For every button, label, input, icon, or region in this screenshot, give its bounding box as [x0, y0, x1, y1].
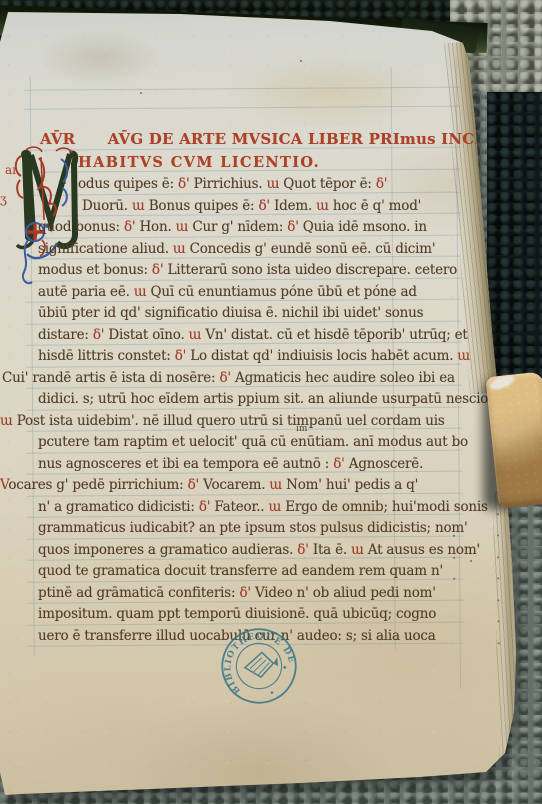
pricking-hole: [496, 362, 498, 364]
manuscript-line-15: pcutere tam raptim et uelocit' quā cū en…: [38, 434, 468, 450]
parchment-page: AV̄R AV̄G DE ARTE MVSICA LIBER PRImus IN…: [0, 0, 542, 804]
manuscript-line-3: odus quipes ē: δ' Pirrichius. ɯ Quot tēp…: [78, 176, 387, 192]
margin-mark-1: aı: [5, 163, 16, 177]
manuscript-line-22: ptinē ad grāmaticā confiteris: δ' Video …: [38, 585, 436, 601]
manuscript-line-23: impositum. quam ppt temporū diuisionē. q…: [38, 606, 436, 622]
manuscript-line-18: n' a gramatico didicisti: δ' Fateor.. ɯ …: [38, 499, 488, 515]
manuscript-line-14: ɯ Post ista uidebim'. nē illud quero utr…: [0, 413, 445, 429]
manuscript-line-20: quos imponeres a gramatico audieras. δ' …: [38, 542, 480, 558]
pricking-hole: [495, 298, 497, 300]
pricking-hole: [495, 233, 497, 235]
manuscript-line-12: Cui' randē artis ē ista di nosēre: δ' Ag…: [2, 370, 455, 386]
manuscript-line-2: HABITVS CVM LICENTIO.: [78, 154, 320, 171]
margin-mark-2: ʒ: [0, 192, 7, 206]
manuscript-line-21: quod te gramatica docuit transferre ad e…: [38, 563, 443, 579]
manuscript-line-7: modus et bonus: δ' Litterarū sono ista u…: [38, 262, 457, 278]
manuscript-line-17: Vocares g' pedē pirrichium: δ' Vocarem. …: [0, 477, 418, 493]
folio-pen-stroke: [472, 39, 481, 47]
pricking-hole: [495, 255, 497, 257]
pricking-hole: [495, 190, 497, 192]
manuscript-line-4: Duorū. ɯ Bonus quipes ē: δ' Idem. ɯ hoc …: [82, 198, 421, 214]
pricking-hole: [495, 276, 497, 278]
pricking-hole: [495, 212, 497, 214]
manuscript-line-1: AV̄R AV̄G DE ARTE MVSICA LIBER PRImus IN…: [40, 130, 515, 148]
manuscript-line-11: hisdē littris constet: δ' Lo distat qd' …: [38, 348, 470, 364]
interlinear-note-1: ım: [296, 424, 307, 434]
manuscript-line-9: ūbiū pter id qd' significatio diuisa ē. …: [38, 305, 423, 321]
folio-number: 1: [460, 33, 472, 50]
manuscript-line-10: distare: δ' Distat oīno. ɯ Vn' distat. c…: [38, 327, 468, 343]
pricking-hole: [496, 341, 498, 343]
page-wrap: AV̄R AV̄G DE ARTE MVSICA LIBER PRImus IN…: [0, 0, 542, 804]
photo-frame: AV̄R AV̄G DE ARTE MVSICA LIBER PRImus IN…: [0, 0, 542, 804]
manuscript-line-19: grammaticus iudicabit? an pte ipsum stos…: [38, 520, 468, 536]
manuscript-line-16: nus agnosceres et ibi ea tempora eē autn…: [38, 456, 423, 472]
manuscript-line-6: significatione aliud. ɯ Concedis g' eund…: [38, 241, 435, 257]
manuscript-line-5: quod bonus: δ' Hon. ɯ Cur g' nīdem: δ' Q…: [38, 219, 427, 235]
pricking-hole: [495, 319, 497, 321]
manuscript-line-13: didici. s; utrū hoc eīdem artis ppium si…: [38, 391, 492, 407]
manuscript-line-8: autē paria eē. ɯ Quī cū enuntiamus póne …: [38, 284, 417, 300]
